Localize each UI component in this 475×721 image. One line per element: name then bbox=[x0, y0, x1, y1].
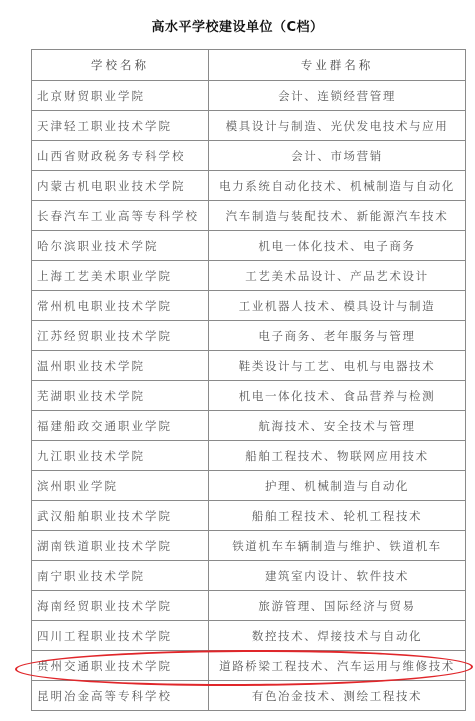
major-group-cell: 机电一体化技术、电子商务 bbox=[209, 231, 466, 261]
major-group-cell: 模具设计与制造、光伏发电技术与应用 bbox=[209, 111, 466, 141]
table-row: 湖南铁道职业技术学院铁道机车车辆制造与维护、铁道机车 bbox=[32, 531, 466, 561]
school-table: 学校名称 专业群名称 北京财贸职业学院会计、连锁经营管理天津轻工职业技术学院模具… bbox=[31, 49, 466, 711]
table-row: 长春汽车工业高等专科学校汽车制造与装配技术、新能源汽车技术 bbox=[32, 201, 466, 231]
major-group-cell: 机电一体化技术、食品营养与检测 bbox=[209, 381, 466, 411]
school-name-cell: 山西省财政税务专科学校 bbox=[32, 141, 209, 171]
school-name-cell: 贵州交通职业技术学院 bbox=[32, 651, 209, 681]
major-group-cell: 会计、连锁经营管理 bbox=[209, 81, 466, 111]
major-group-cell: 工业机器人技术、模具设计与制造 bbox=[209, 291, 466, 321]
school-name-cell: 天津轻工职业技术学院 bbox=[32, 111, 209, 141]
major-group-cell: 电子商务、老年服务与管理 bbox=[209, 321, 466, 351]
table-row: 海南经贸职业技术学院旅游管理、国际经济与贸易 bbox=[32, 591, 466, 621]
school-name-cell: 福建船政交通职业学院 bbox=[32, 411, 209, 441]
header-school-name: 学校名称 bbox=[32, 50, 209, 81]
table-row: 芜湖职业技术学院机电一体化技术、食品营养与检测 bbox=[32, 381, 466, 411]
school-name-cell: 常州机电职业技术学院 bbox=[32, 291, 209, 321]
table-row: 滨州职业学院护理、机械制造与自动化 bbox=[32, 471, 466, 501]
school-name-cell: 温州职业技术学院 bbox=[32, 351, 209, 381]
school-name-cell: 武汉船舶职业技术学院 bbox=[32, 501, 209, 531]
major-group-cell: 道路桥梁工程技术、汽车运用与维修技术 bbox=[209, 651, 466, 681]
header-major-group: 专业群名称 bbox=[209, 50, 466, 81]
school-name-cell: 海南经贸职业技术学院 bbox=[32, 591, 209, 621]
table-row: 贵州交通职业技术学院道路桥梁工程技术、汽车运用与维修技术 bbox=[32, 651, 466, 681]
school-name-cell: 上海工艺美术职业学院 bbox=[32, 261, 209, 291]
major-group-cell: 有色冶金技术、测绘工程技术 bbox=[209, 681, 466, 711]
school-name-cell: 北京财贸职业学院 bbox=[32, 81, 209, 111]
table-row: 四川工程职业技术学院数控技术、焊接技术与自动化 bbox=[32, 621, 466, 651]
major-group-cell: 汽车制造与装配技术、新能源汽车技术 bbox=[209, 201, 466, 231]
school-name-cell: 哈尔滨职业技术学院 bbox=[32, 231, 209, 261]
table-row: 九江职业技术学院船舶工程技术、物联网应用技术 bbox=[32, 441, 466, 471]
table-row: 武汉船舶职业技术学院船舶工程技术、轮机工程技术 bbox=[32, 501, 466, 531]
school-name-cell: 滨州职业学院 bbox=[32, 471, 209, 501]
major-group-cell: 船舶工程技术、物联网应用技术 bbox=[209, 441, 466, 471]
table-row: 温州职业技术学院鞋类设计与工艺、电机与电器技术 bbox=[32, 351, 466, 381]
table-row: 昆明冶金高等专科学校有色冶金技术、测绘工程技术 bbox=[32, 681, 466, 711]
major-group-cell: 旅游管理、国际经济与贸易 bbox=[209, 591, 466, 621]
major-group-cell: 会计、市场营销 bbox=[209, 141, 466, 171]
major-group-cell: 电力系统自动化技术、机械制造与自动化 bbox=[209, 171, 466, 201]
table-row: 山西省财政税务专科学校会计、市场营销 bbox=[32, 141, 466, 171]
major-group-cell: 建筑室内设计、软件技术 bbox=[209, 561, 466, 591]
school-name-cell: 湖南铁道职业技术学院 bbox=[32, 531, 209, 561]
major-group-cell: 护理、机械制造与自动化 bbox=[209, 471, 466, 501]
school-name-cell: 江苏经贸职业技术学院 bbox=[32, 321, 209, 351]
school-name-cell: 四川工程职业技术学院 bbox=[32, 621, 209, 651]
school-name-cell: 南宁职业技术学院 bbox=[32, 561, 209, 591]
major-group-cell: 船舶工程技术、轮机工程技术 bbox=[209, 501, 466, 531]
school-name-cell: 内蒙古机电职业技术学院 bbox=[32, 171, 209, 201]
table-header-row: 学校名称 专业群名称 bbox=[32, 50, 466, 81]
table-row: 南宁职业技术学院建筑室内设计、软件技术 bbox=[32, 561, 466, 591]
table-row: 福建船政交通职业学院航海技术、安全技术与管理 bbox=[32, 411, 466, 441]
major-group-cell: 航海技术、安全技术与管理 bbox=[209, 411, 466, 441]
major-group-cell: 鞋类设计与工艺、电机与电器技术 bbox=[209, 351, 466, 381]
table-row: 常州机电职业技术学院工业机器人技术、模具设计与制造 bbox=[32, 291, 466, 321]
table-row: 天津轻工职业技术学院模具设计与制造、光伏发电技术与应用 bbox=[32, 111, 466, 141]
table-row: 江苏经贸职业技术学院电子商务、老年服务与管理 bbox=[32, 321, 466, 351]
table-row: 上海工艺美术职业学院工艺美术品设计、产品艺术设计 bbox=[32, 261, 466, 291]
school-name-cell: 长春汽车工业高等专科学校 bbox=[32, 201, 209, 231]
page-title: 高水平学校建设单位（C档） bbox=[0, 16, 475, 35]
table-row: 内蒙古机电职业技术学院电力系统自动化技术、机械制造与自动化 bbox=[32, 171, 466, 201]
table-row: 北京财贸职业学院会计、连锁经营管理 bbox=[32, 81, 466, 111]
school-name-cell: 九江职业技术学院 bbox=[32, 441, 209, 471]
major-group-cell: 铁道机车车辆制造与维护、铁道机车 bbox=[209, 531, 466, 561]
school-name-cell: 昆明冶金高等专科学校 bbox=[32, 681, 209, 711]
table-row: 哈尔滨职业技术学院机电一体化技术、电子商务 bbox=[32, 231, 466, 261]
major-group-cell: 数控技术、焊接技术与自动化 bbox=[209, 621, 466, 651]
school-name-cell: 芜湖职业技术学院 bbox=[32, 381, 209, 411]
major-group-cell: 工艺美术品设计、产品艺术设计 bbox=[209, 261, 466, 291]
